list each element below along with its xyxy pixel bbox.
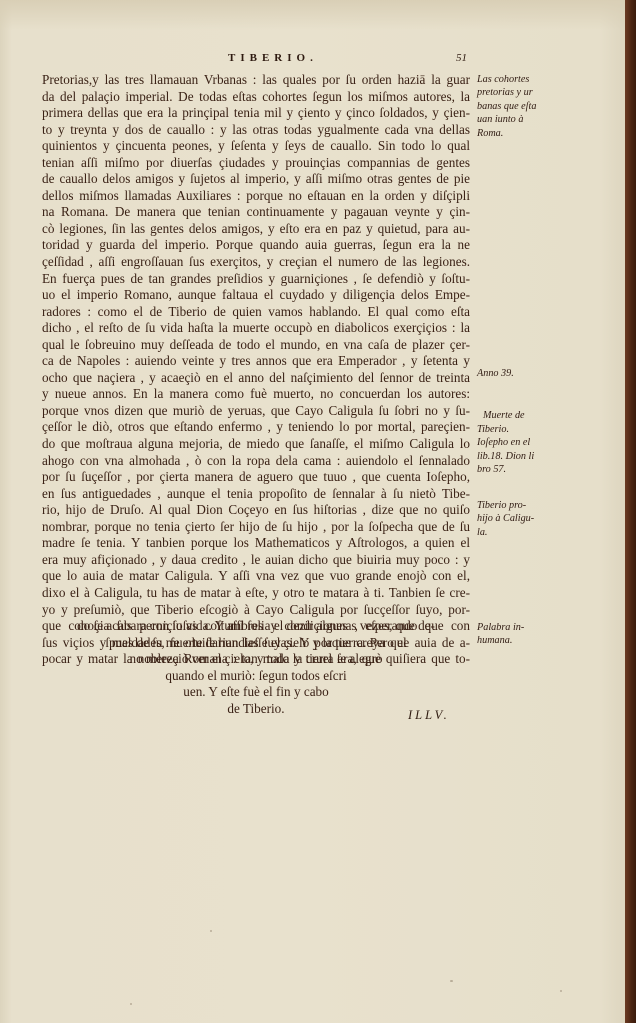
- text-line: de Tiberio.: [42, 701, 470, 718]
- text-line: to y treynta y dos de cauallo : y las ot…: [42, 122, 470, 139]
- text-line: era muy afiçionado , y daua credito , le…: [42, 552, 470, 569]
- text-line: qual le ſobreuino muy deſſeada de todo e…: [42, 337, 470, 354]
- page-shadow: [0, 0, 625, 30]
- text-line: por ſu ſuçeſſor , por çierta manera de a…: [42, 469, 470, 486]
- text-line: dellos miſmos llamadas Auxiliares : porq…: [42, 188, 470, 205]
- text-line: çeſſor le diò, otros que eſtando enfermo…: [42, 419, 470, 436]
- margin-note-muerte: Muerte de: [483, 409, 553, 422]
- tapered-closing-paragraph: do ſe acabara con ſu vida. Y aſſi ſolia …: [42, 618, 470, 718]
- text-line: do que moſtraua alguna mejoria, de miedo…: [42, 436, 470, 453]
- text-line: uen. Y eſte fuè el fin y cabo: [42, 684, 470, 701]
- running-head: TIBERIO.: [228, 52, 318, 64]
- paper-speck: [560, 990, 562, 992]
- paper-speck: [450, 980, 453, 982]
- text-line: primera dellas que era la prinçipal teni…: [42, 105, 470, 122]
- text-line: ocho que naçiera , y acaeçiò en el anno …: [42, 370, 470, 387]
- text-line: da del palaçio imperial. De todas eſtas …: [42, 89, 470, 106]
- margin-note-muerte-cont: Tiberio. Ioſepho en el lib.18. Dion li b…: [477, 423, 547, 477]
- folio-number: 51: [456, 52, 467, 64]
- text-line: uo el imperio Romano, aunque faltaua el …: [42, 287, 470, 304]
- text-line: tenian aſſi miſmo por diuerſas çiudades …: [42, 155, 470, 172]
- body-text: Pretorias,y las tres llamauan Vrbanas : …: [42, 72, 470, 668]
- margin-note-tiberio-prohijo: Tiberio pro- hijo à Caligu- la.: [477, 499, 547, 539]
- signature-mark: ILLV.: [408, 708, 450, 723]
- text-line: dicho , el reſto de ſu vida haſta la mue…: [42, 320, 470, 337]
- text-line: ſpues de ſu muerte ſe hundieſſe el çielo…: [42, 635, 470, 652]
- text-line: na Romana. De manera que tenian continua…: [42, 204, 470, 221]
- text-line: Pretorias,y las tres llamauan Vrbanas : …: [42, 72, 470, 89]
- text-line: rio, hijo de Druſo. Al qual Dion Coçeyo …: [42, 502, 470, 519]
- text-line: cò legiones, ſin las gentes delos amigos…: [42, 221, 470, 238]
- text-line: nombrar, porque no tenia çierto ſer hijo…: [42, 519, 470, 536]
- book-edge: [625, 0, 636, 1023]
- text-line: no mereçiò ver el çielo, y toda la tierr…: [42, 651, 470, 668]
- paper-speck: [210, 930, 212, 932]
- text-line: porque vnos dizen que muriò de yeruas, q…: [42, 403, 470, 420]
- text-line: y nueue annos. En la manera como fuè mue…: [42, 386, 470, 403]
- text-line: quando el muriò: ſegun todos eſcri: [42, 668, 470, 685]
- text-line: toridad y guarda del imperio. Porque qua…: [42, 237, 470, 254]
- margin-note-palabra: Palabra in- humana.: [477, 621, 547, 648]
- text-line: en ſus antiguedades , aunque el tenia pr…: [42, 486, 470, 503]
- text-line: En fuerça pues de tan grandes preſidios …: [42, 271, 470, 288]
- text-line: ca de Napoles : auiendo veinte y tres an…: [42, 353, 470, 370]
- text-line: madre ſe tenia. Y tanbien porque los Mat…: [42, 535, 470, 552]
- text-line: que lo auia de matar Caligula. Y aſſi vn…: [42, 568, 470, 585]
- text-line: radores : como el de Tiberio de quien va…: [42, 304, 470, 321]
- margin-note-cohortes: Las cohortes pretorias y ur banas que eſ…: [477, 73, 547, 140]
- text-line: yo y preſumiò, que Tiberio eſcogiò à Cay…: [42, 602, 470, 619]
- text-line: ahogo con vna almohada , ò con la ropa d…: [42, 453, 470, 470]
- book-page: TIBERIO. 51 Pretorias,y las tres llamaua…: [0, 0, 625, 1023]
- text-line: dixo el à Caligula, tu has de matar à eſ…: [42, 585, 470, 602]
- text-line: çeſſidad , aſſi engroſſauan ſus exerçito…: [42, 254, 470, 271]
- text-line: do ſe acabara con ſu vida. Y aſſi ſolia …: [42, 618, 470, 635]
- paper-speck: [130, 1003, 132, 1005]
- margin-note-anno: Anno 39.: [477, 367, 547, 380]
- text-line: quinientos y çincuenta peones, y ſeſenta…: [42, 138, 470, 155]
- text-line: de cauallo delos amigos y ſujetos al imp…: [42, 171, 470, 188]
